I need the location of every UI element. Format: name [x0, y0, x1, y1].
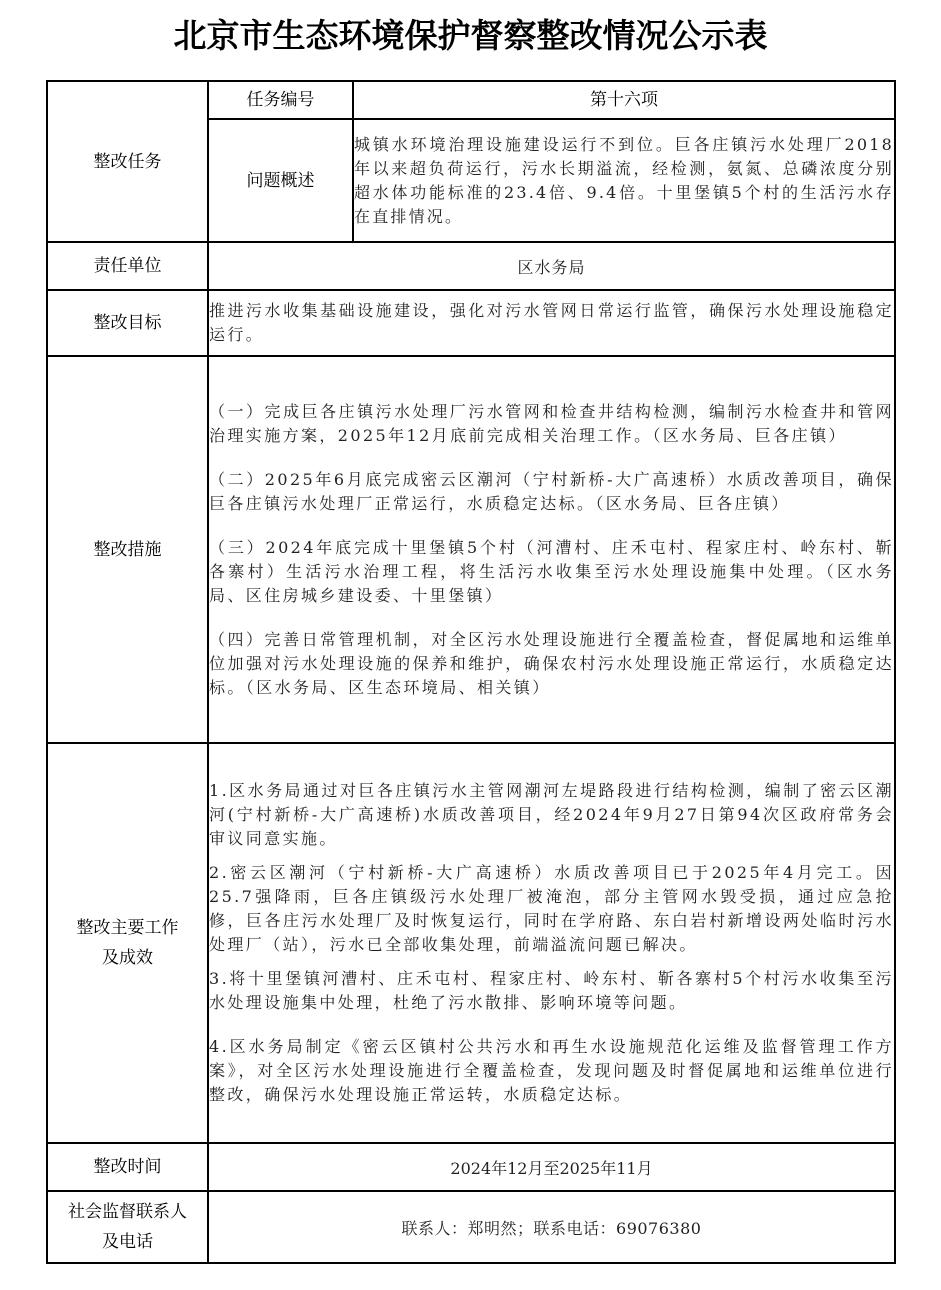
measures-label: 整改措施 — [47, 356, 208, 743]
measure-item: （三）2024年底完成十里堡镇5个村（河漕村、庄禾屯村、程家庄村、岭东村、靳各寨… — [209, 536, 894, 608]
contact-label-line2: 及电话 — [48, 1227, 207, 1257]
responsible-value: 区水务局 — [208, 242, 895, 290]
row-task-number: 整改任务 任务编号 第十六项 — [47, 81, 895, 119]
results-list: 1.区水务局通过对巨各庄镇污水主管网潮河左堤路段进行结构检测，编制了密云区潮河(… — [208, 743, 895, 1143]
measure-item: （一）完成巨各庄镇污水处理厂污水管网和检查井结构检测，编制污水检查井和管网治理实… — [209, 400, 894, 448]
results-label-line2: 及成效 — [48, 943, 207, 973]
responsible-label: 责任单位 — [47, 242, 208, 290]
result-item: 2.密云区潮河（宁村新桥-大广高速桥）水质改善项目已于2025年4月完工。因25… — [209, 861, 894, 957]
contact-label-line1: 社会监督联系人 — [48, 1197, 207, 1227]
measure-item: （二）2025年6月底完成密云区潮河（宁村新桥-大广高速桥）水质改善项目，确保巨… — [209, 468, 894, 516]
result-item: 1.区水务局通过对巨各庄镇污水主管网潮河左堤路段进行结构检测，编制了密云区潮河(… — [209, 779, 894, 851]
summary-value: 城镇水环境治理设施建设运行不到位。巨各庄镇污水处理厂2018年以来超负荷运行，污… — [353, 119, 895, 242]
row-responsible: 责任单位 区水务局 — [47, 242, 895, 290]
results-label-line1: 整改主要工作 — [48, 913, 207, 943]
contact-label: 社会监督联系人 及电话 — [47, 1191, 208, 1263]
goal-label: 整改目标 — [47, 290, 208, 356]
result-item: 4.区水务局制定《密云区镇村公共污水和再生水设施规范化运维及监督管理工作方案》，… — [209, 1035, 894, 1107]
goal-value: 推进污水收集基础设施建设，强化对污水管网日常运行监管，确保污水处理设施稳定运行。 — [208, 290, 895, 356]
rectification-table: 整改任务 任务编号 第十六项 问题概述 城镇水环境治理设施建设运行不到位。巨各庄… — [46, 80, 896, 1264]
task-number-label: 任务编号 — [208, 81, 353, 119]
period-value: 2024年12月至2025年11月 — [208, 1143, 895, 1191]
contact-value: 联系人：郑明然；联系电话：69076380 — [208, 1191, 895, 1263]
row-goal: 整改目标 推进污水收集基础设施建设，强化对污水管网日常运行监管，确保污水处理设施… — [47, 290, 895, 356]
results-label: 整改主要工作 及成效 — [47, 743, 208, 1143]
task-number-value: 第十六项 — [353, 81, 895, 119]
result-item: 3.将十里堡镇河漕村、庄禾屯村、程家庄村、岭东村、靳各寨村5个村污水收集至污水处… — [209, 967, 894, 1015]
page-title: 北京市生态环境保护督察整改情况公示表 — [0, 10, 941, 62]
row-measures: 整改措施 （一）完成巨各庄镇污水处理厂污水管网和检查井结构检测，编制污水检查井和… — [47, 356, 895, 743]
row-results: 整改主要工作 及成效 1.区水务局通过对巨各庄镇污水主管网潮河左堤路段进行结构检… — [47, 743, 895, 1143]
task-label: 整改任务 — [47, 81, 208, 242]
summary-label: 问题概述 — [208, 119, 353, 242]
measure-item: （四）完善日常管理机制，对全区污水处理设施进行全覆盖检查，督促属地和运维单位加强… — [209, 628, 894, 700]
row-contact: 社会监督联系人 及电话 联系人：郑明然；联系电话：69076380 — [47, 1191, 895, 1263]
measures-list: （一）完成巨各庄镇污水处理厂污水管网和检查井结构检测，编制污水检查井和管网治理实… — [208, 356, 895, 743]
period-label: 整改时间 — [47, 1143, 208, 1191]
row-period: 整改时间 2024年12月至2025年11月 — [47, 1143, 895, 1191]
